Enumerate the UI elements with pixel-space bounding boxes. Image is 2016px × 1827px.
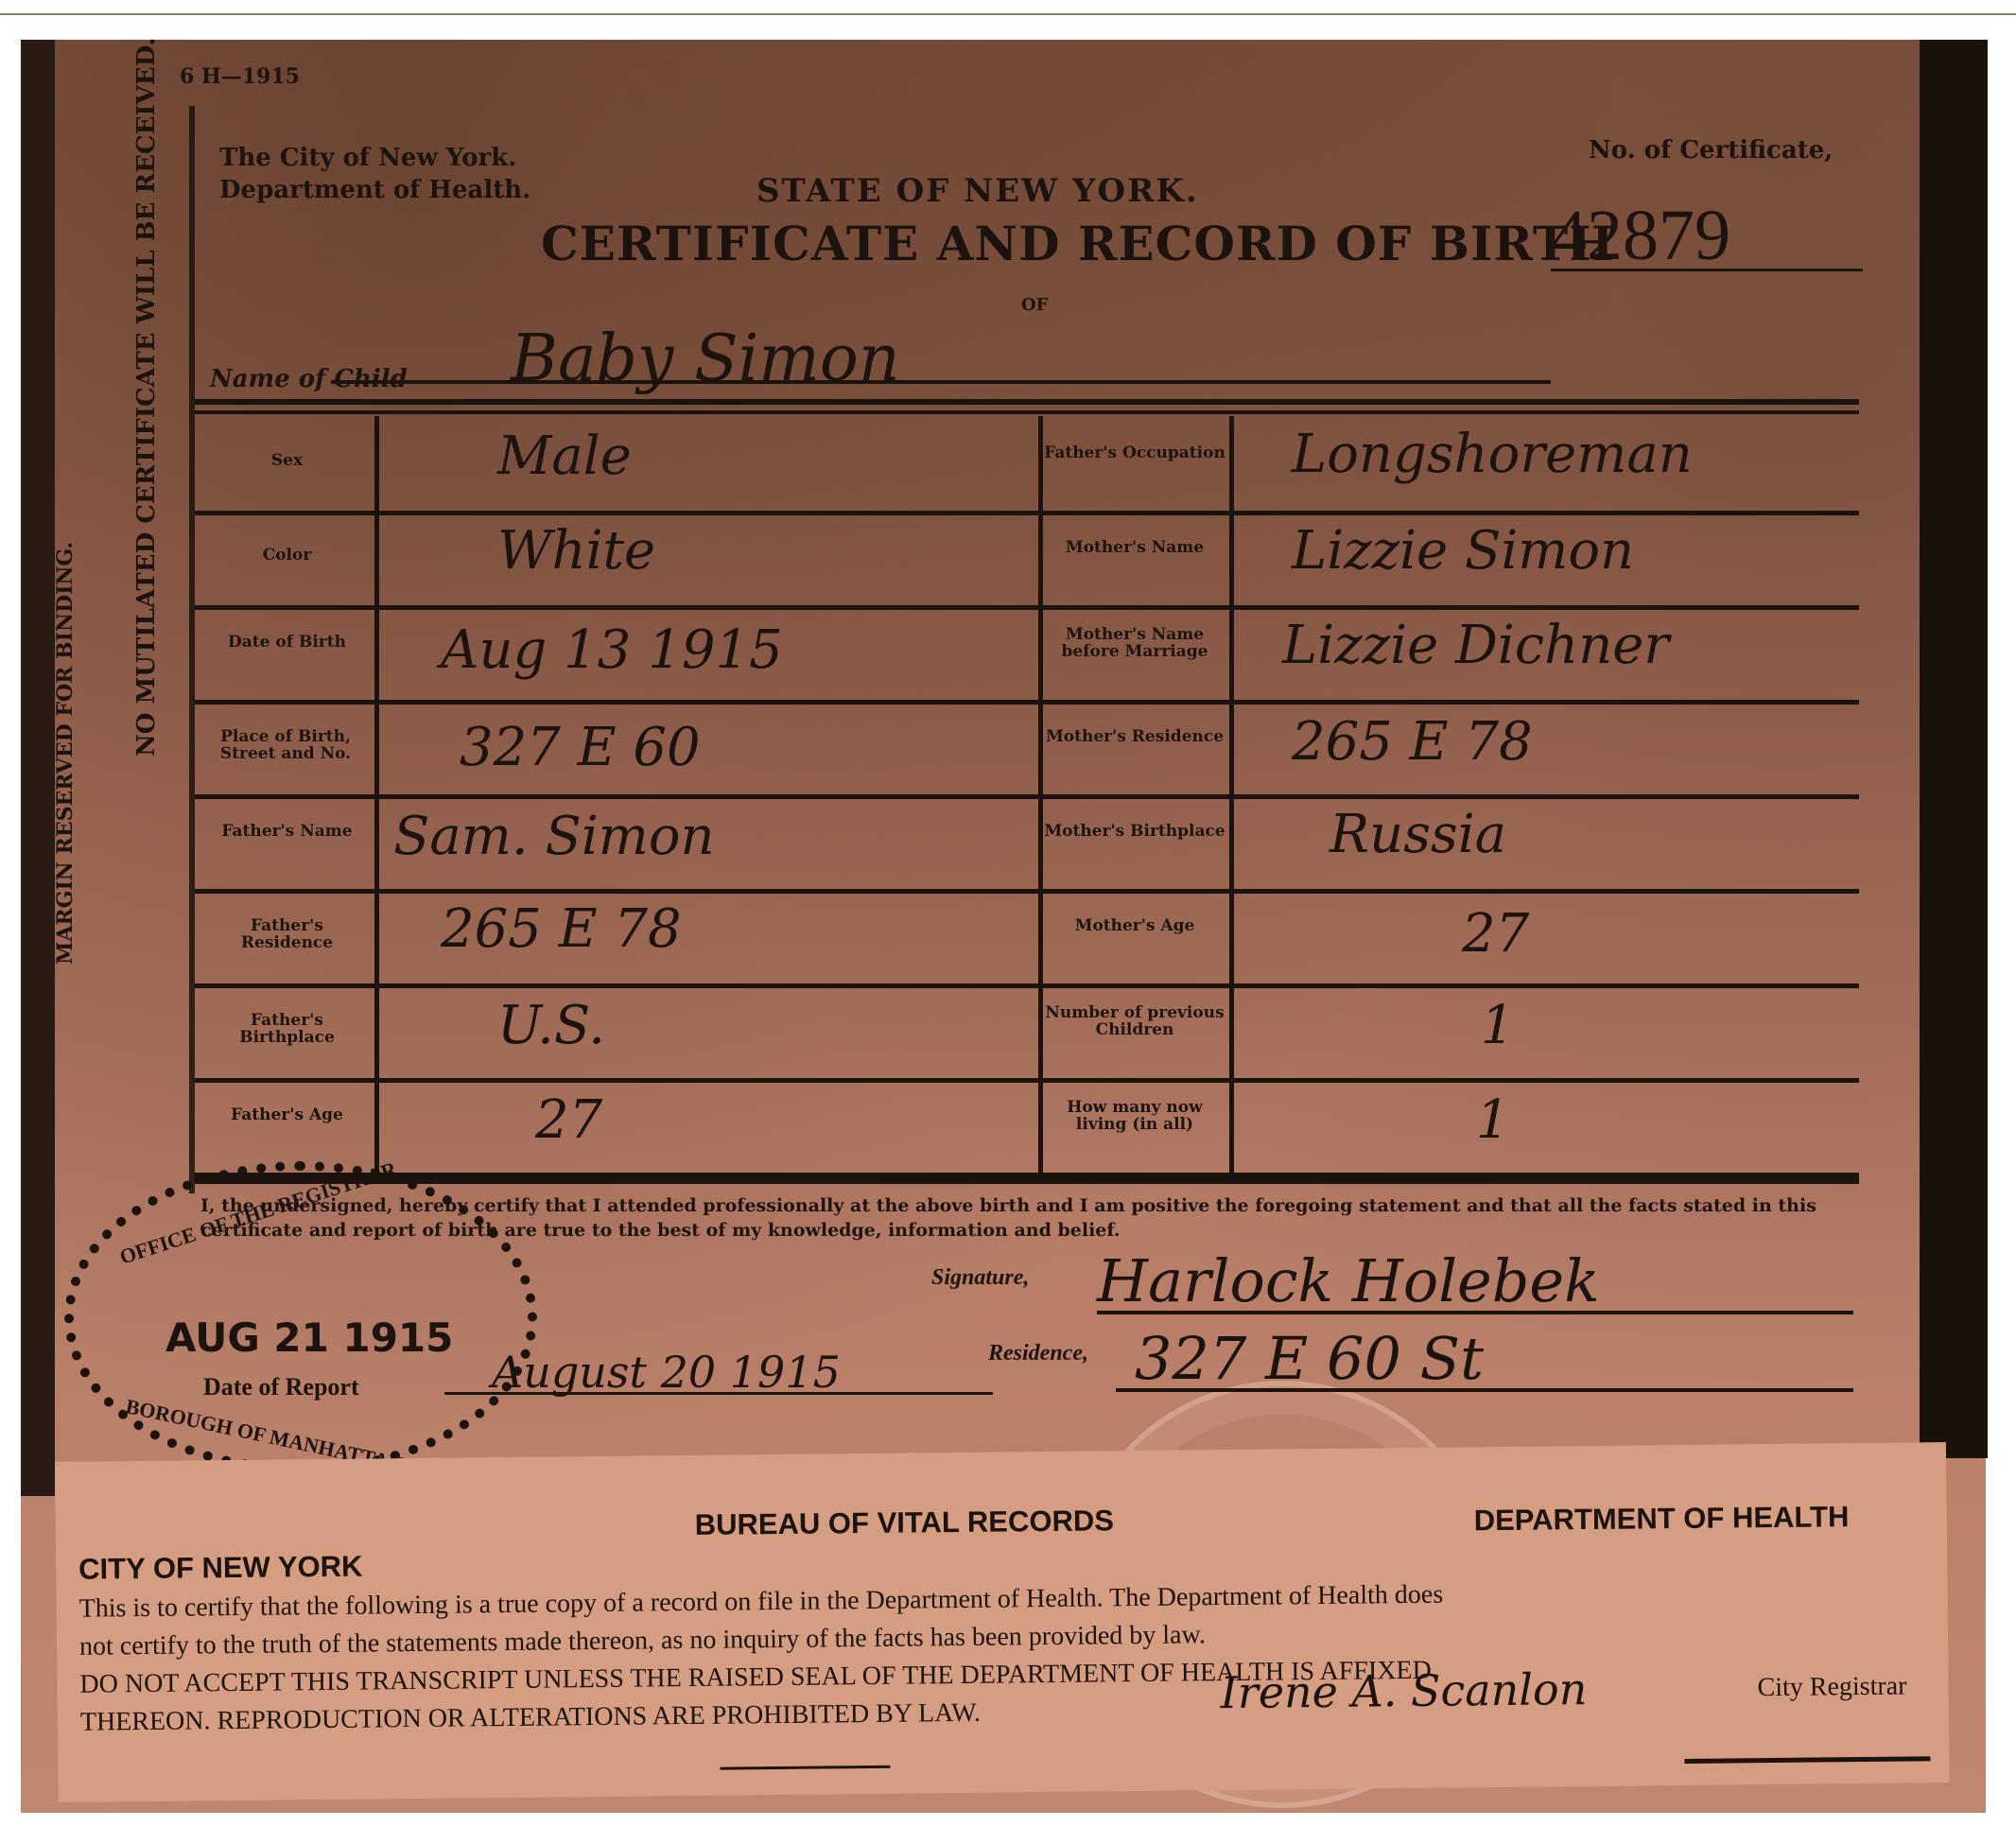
field-label-father-name: Father's Name — [204, 823, 370, 840]
attending-signature: Harlock Holebek — [1097, 1246, 1600, 1315]
footer-rule — [1684, 1756, 1930, 1764]
bureau-heading: BUREAU OF VITAL RECORDS — [695, 1504, 1115, 1542]
field-label-place-of-birth: Place of Birth, Street and No. — [197, 728, 374, 762]
field-value-place-of-birth: 327 E 60 — [460, 717, 701, 778]
heavy-rule — [195, 1173, 1859, 1184]
field-value-mother-birthplace: Russia — [1330, 804, 1506, 865]
registrar-signature: Irene A. Scanlon — [1220, 1663, 1587, 1718]
row-divider — [195, 794, 1859, 799]
field-label-father-birthplace: Father's Birthplace — [204, 1012, 370, 1046]
certificate-number: 42879 — [1551, 195, 1730, 277]
of-label: OF — [1021, 295, 1048, 315]
report-date-underline — [444, 1392, 993, 1395]
row-divider — [195, 889, 1859, 894]
field-label-mother-birthplace: Mother's Birthplace — [1044, 823, 1225, 840]
footer-rule — [720, 1766, 890, 1770]
signature-underline — [1097, 1311, 1853, 1314]
city-heading: CITY OF NEW YORK — [78, 1550, 363, 1587]
double-rule-top — [195, 399, 1859, 405]
child-name: Baby Simon — [511, 322, 900, 396]
field-label-mother-name: Mother's Name — [1044, 539, 1225, 556]
residence-label: Residence, — [988, 1341, 1088, 1366]
field-value-mother-name: Lizzie Simon — [1292, 520, 1634, 582]
field-value-living-children: 1 — [1476, 1089, 1510, 1151]
residence-underline — [1116, 1388, 1853, 1392]
double-rule-bottom — [195, 410, 1859, 414]
state-heading: STATE OF NEW YORK. — [756, 172, 1199, 210]
certificate-number-underline — [1551, 269, 1863, 271]
form-number: 6 H—1915 — [180, 64, 300, 89]
field-value-father-residence: 265 E 78 — [441, 898, 682, 960]
child-name-label: Name of Child — [210, 365, 408, 393]
field-value-father-name: Sam. Simon — [393, 806, 715, 867]
left-shadow-edge — [21, 40, 55, 1496]
stamp-date: AUG 21 1915 — [165, 1314, 453, 1361]
stamp-subtitle: Date of Report — [203, 1373, 359, 1401]
row-divider — [195, 605, 1859, 610]
issuer-block: The City of New York. Department of Heal… — [219, 142, 530, 206]
field-label-sex: Sex — [204, 452, 370, 469]
field-value-mother-maiden-name: Lizzie Dichner — [1282, 615, 1669, 676]
field-value-sex: Male — [497, 426, 632, 487]
department-heading: DEPARTMENT OF HEALTH — [1474, 1500, 1850, 1538]
field-label-father-residence: Father's Residence — [204, 917, 370, 951]
field-label-mother-maiden-name: Mother's Name before Marriage — [1044, 626, 1225, 660]
registrar-title: City Registrar — [1757, 1672, 1906, 1704]
row-divider — [195, 983, 1859, 988]
field-label-mother-residence: Mother's Residence — [1044, 728, 1225, 745]
field-label-previous-children: Number of previous Children — [1044, 1004, 1225, 1038]
certificate-number-label: No. of Certificate, — [1589, 136, 1833, 165]
field-value-mother-age: 27 — [1462, 903, 1529, 965]
field-label-father-age: Father's Age — [204, 1106, 370, 1123]
scan-top-edge — [0, 13, 2016, 15]
field-value-father-occupation: Longshoreman — [1292, 424, 1693, 485]
field-label-mother-age: Mother's Age — [1044, 917, 1225, 934]
right-shadow-edge — [1920, 40, 1988, 1458]
report-date: August 20 1915 — [492, 1347, 841, 1398]
field-value-color: White — [497, 520, 655, 582]
field-value-previous-children: 1 — [1481, 995, 1515, 1056]
field-label-date-of-birth: Date of Birth — [204, 634, 370, 651]
signature-label: Signature, — [931, 1265, 1029, 1291]
attending-residence: 327 E 60 St — [1135, 1324, 1484, 1393]
row-divider — [195, 1078, 1859, 1083]
field-label-color: Color — [204, 547, 370, 564]
certificate-title: CERTIFICATE AND RECORD OF BIRTH — [541, 216, 1614, 271]
issuer-department: Department of Health. — [219, 174, 530, 206]
row-divider — [195, 700, 1859, 705]
field-label-living-children: How many now living (in all) — [1044, 1099, 1225, 1133]
transcript-certification-strip: BUREAU OF VITAL RECORDS DEPARTMENT OF HE… — [55, 1442, 1950, 1802]
field-value-father-birthplace: U.S. — [497, 995, 605, 1056]
field-label-father-occupation: Father's Occupation — [1044, 444, 1225, 461]
issuer-city: The City of New York. — [219, 142, 530, 174]
field-value-father-age: 27 — [535, 1089, 602, 1151]
birth-record-table: Sex Male Color White Date of Birth Aug 1… — [195, 416, 1859, 1173]
margin-warning-text: NO MUTILATED CERTIFICATE WILL BE RECEIVE… — [132, 38, 161, 757]
transcript-body: This is to certify that the following is… — [78, 1571, 1953, 1742]
row-divider — [195, 511, 1859, 515]
field-value-date-of-birth: Aug 13 1915 — [441, 619, 783, 681]
field-value-mother-residence: 265 E 78 — [1292, 711, 1533, 773]
margin-binding-text: MARGIN RESERVED FOR BINDING. — [53, 542, 78, 965]
